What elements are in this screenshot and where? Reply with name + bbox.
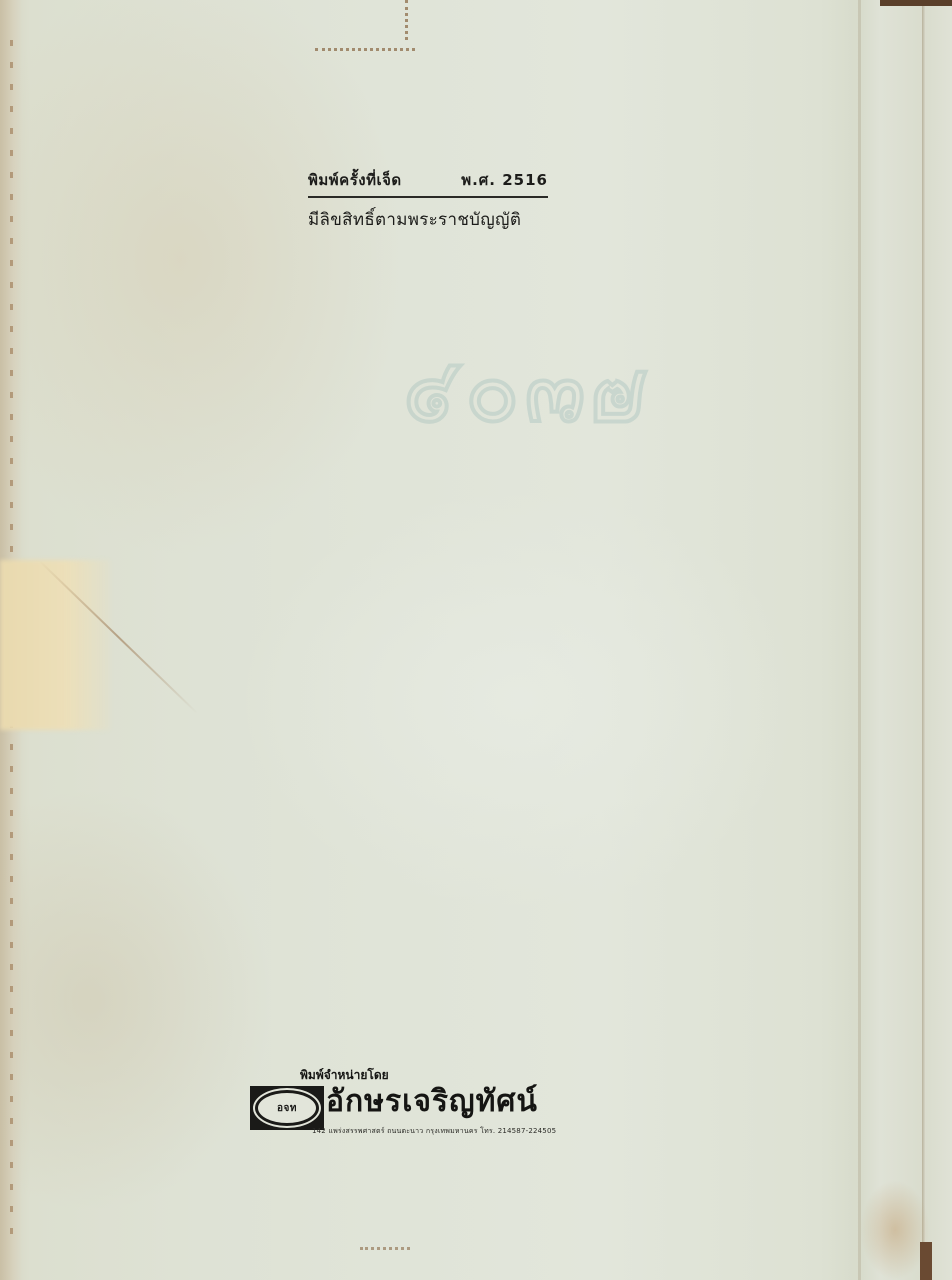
edition-line: พิมพ์ครั้งที่เจ็ด พ.ศ. 2516 — [308, 168, 548, 198]
logo-text: อจท — [277, 1101, 297, 1116]
bottom-tear — [920, 1242, 932, 1280]
edition-year: พ.ศ. 2516 — [461, 168, 548, 192]
edition-label: พิมพ์ครั้งที่เจ็ด — [308, 168, 402, 192]
spine-fold — [858, 0, 861, 1280]
copyright-notice: มีลิขสิทธิ์ตามพระราชบัญญัติ — [308, 206, 548, 233]
publisher-address: 142 แพร่งสรรพศาสตร์ ถนนตะนาว กรุงเทพมหาน… — [312, 1126, 556, 1137]
edition-block: พิมพ์ครั้งที่เจ็ด พ.ศ. 2516 มีลิขสิทธิ์ต… — [308, 168, 548, 233]
bottom-mark — [360, 1244, 410, 1250]
era-label: พ.ศ. — [461, 171, 496, 189]
top-stain — [315, 18, 415, 51]
top-stain-vertical — [405, 0, 411, 40]
publisher-name: อักษรเจริญทัศน์ — [326, 1082, 538, 1122]
publisher-logo: อจท — [250, 1086, 324, 1130]
scanned-page: ๒๓๐๖ พิมพ์ครั้งที่เจ็ด พ.ศ. 2516 มีลิขสิ… — [0, 0, 952, 1280]
spine-edge — [922, 0, 926, 1280]
yellowed-patch — [0, 560, 110, 730]
show-through-numerals: ๒๓๐๖ — [400, 318, 649, 461]
logo-gear-icon: อจท — [255, 1090, 319, 1126]
binding-top — [880, 0, 952, 6]
year: 2516 — [502, 171, 548, 189]
